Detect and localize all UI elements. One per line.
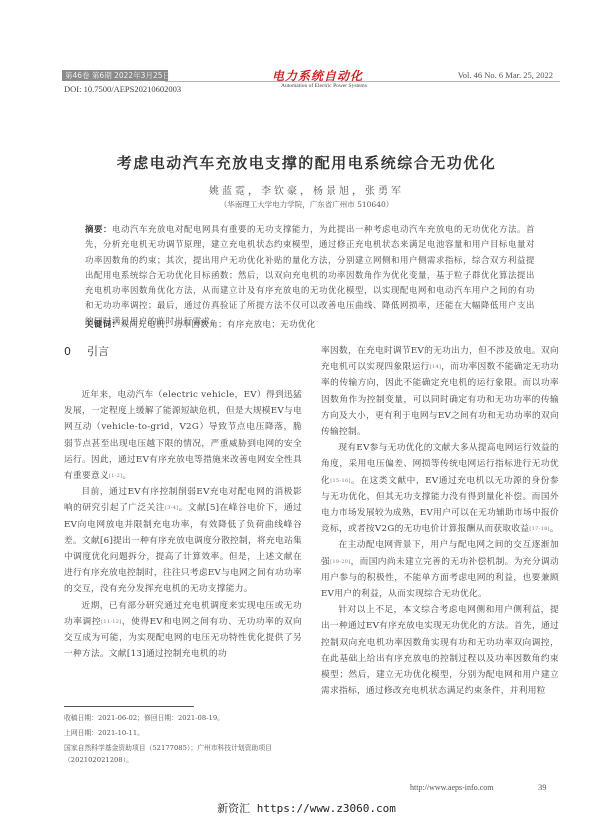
watermark: 新资汇 https://www.z3060.com [0, 800, 613, 816]
issue-badge: 第46卷 第6期 2022年3月25日 [62, 70, 168, 81]
footnote-funding: 国家自然科学基金资助项目（52177085）；广州市科技计划资助项目（20210… [64, 742, 309, 766]
volume-info: Vol. 46 No. 6 Mar. 25, 2022 [458, 70, 553, 80]
section-title: 引言 [87, 345, 109, 358]
footnote-divider [64, 706, 194, 707]
abstract-label: 摘要： [85, 224, 112, 234]
citation[interactable]: [3-4] [165, 505, 178, 511]
abstract-text: 电动汽车充放电对配电网具有重要的无功支撑能力，为此提出一种考虑电动汽车充放电的无… [85, 224, 535, 326]
paper-title: 考虑电动汽车充放电支撑的配用电系统综合无功优化 [0, 152, 613, 173]
footnote-online: 上网日期：2021-10-11。 [64, 727, 314, 739]
page-number: 39 [538, 782, 547, 792]
footnote-received: 收稿日期：2021-06-02；修回日期：2021-08-19。 [64, 712, 314, 724]
section-number: 0 [64, 345, 71, 358]
journal-url[interactable]: http://www.aeps-info.com [410, 783, 493, 792]
keywords-label: 关键词： [85, 319, 121, 329]
affiliation: （华南理工大学电力学院，广东省广州市 510640） [0, 199, 613, 210]
citation[interactable]: [11-12] [101, 619, 121, 625]
journal-name-en: Automation of Electric Power Systems [281, 83, 367, 89]
paragraph: 现有EV参与无功优化的文献大多从提高电网运行效益的角度，采用电压偏差、网损等传统… [321, 440, 559, 537]
paragraph: 针对以上不足，本文综合考虑电网侧和用户侧利益，提出一种通过EV有序充放电实现无功… [321, 602, 559, 699]
authors: 姚蓝霓，李钦豪，杨景旭，张勇军 [0, 182, 613, 197]
paragraph: 目前，通过EV有序控制削弱EV充电对配电网的消极影响的研究引起了广泛关注[3-4… [64, 484, 302, 597]
right-column: 率因数，在充电时调节EV的无功出力，但不涉及放电。双向充电机可以实现四象限运行[… [321, 343, 559, 699]
citation[interactable]: [15-16] [330, 478, 350, 484]
citation[interactable]: [17-18] [529, 526, 549, 532]
citation[interactable]: [14] [430, 364, 441, 370]
doi: DOI: 10.7500/AEPS20210602003 [64, 84, 181, 94]
keywords: 关键词：双向充电机；功率因数角；有序充放电；无功优化 [85, 318, 535, 330]
left-column: 近年来，电动汽车（electric vehicle，EV）得到迅猛发展，一定程度… [64, 387, 302, 662]
paragraph: 近年来，电动汽车（electric vehicle，EV）得到迅猛发展，一定程度… [64, 387, 302, 484]
abstract: 摘要：电动汽车充放电对配电网具有重要的无功支撑能力，为此提出一种考虑电动汽车充放… [85, 222, 535, 329]
section-heading: 0引言 [64, 343, 109, 359]
paragraph: 在主动配电网背景下，用户与配电网之间的交互逐渐加强[19-20]，而国内尚未建立… [321, 537, 559, 602]
journal-logo: 电力系统自动化 [272, 67, 363, 84]
citation[interactable]: [1-2] [109, 473, 122, 479]
citation[interactable]: [19-20] [330, 559, 350, 565]
paragraph: 率因数，在充电时调节EV的无功出力，但不涉及放电。双向充电机可以实现四象限运行[… [321, 343, 559, 440]
keywords-text: 双向充电机；功率因数角；有序充放电；无功优化 [121, 319, 316, 329]
paragraph: 近期，已有部分研究通过充电机调度来实现电压或无功功率调控[11-12]，使得EV… [64, 598, 302, 663]
